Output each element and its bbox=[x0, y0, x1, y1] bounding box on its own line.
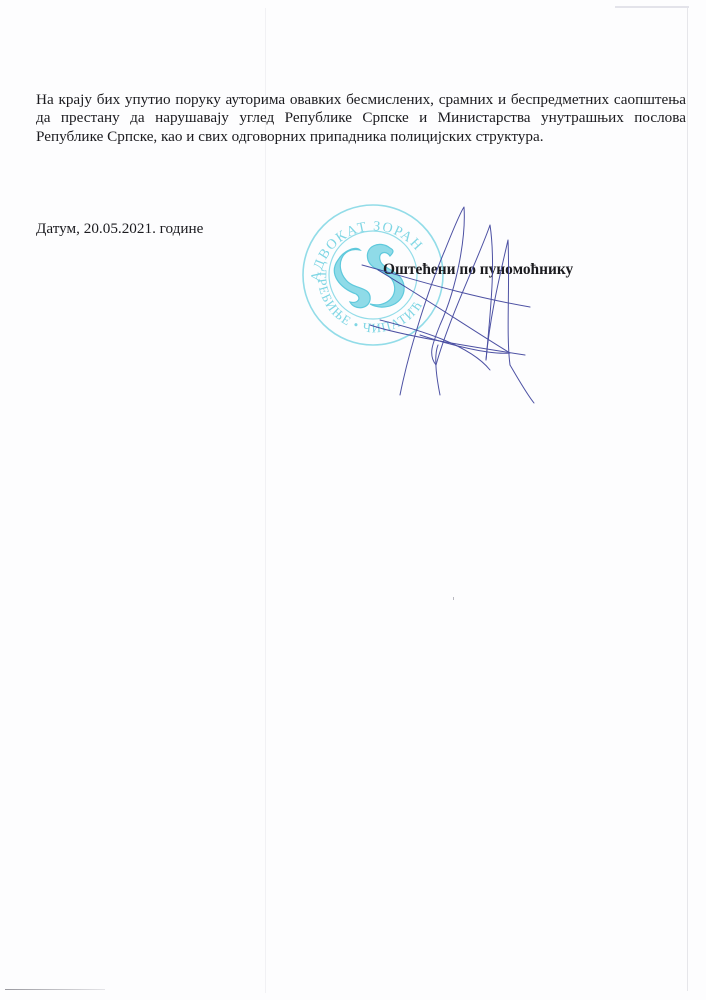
date-line: Датум, 20.05.2021. године bbox=[36, 220, 203, 238]
scan-page-edge bbox=[687, 6, 688, 991]
scan-bottom-mark bbox=[5, 989, 105, 990]
closing-paragraph: На крају бих упутио поруку ауторима овав… bbox=[36, 91, 686, 146]
scan-page-fold bbox=[265, 8, 266, 993]
scan-speck bbox=[453, 597, 454, 600]
handwritten-signature-icon bbox=[340, 195, 580, 410]
scan-top-shadow bbox=[615, 6, 689, 8]
